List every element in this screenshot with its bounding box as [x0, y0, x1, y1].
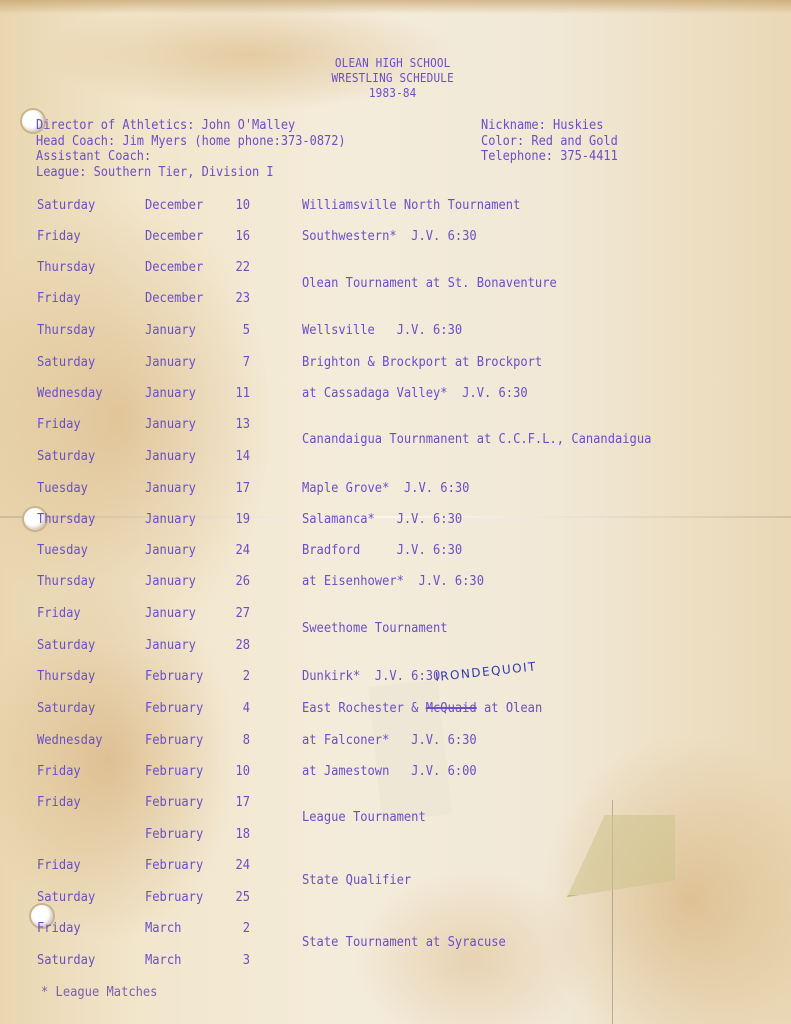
schedule-day: Friday [37, 417, 81, 433]
head-coach-line: Head Coach: Jim Myers (home phone:373-08… [36, 134, 346, 150]
schedule-event: State Tournament at Syracuse [302, 935, 506, 951]
document-title: OLEAN HIGH SCHOOL WRESTLING SCHEDULE 198… [45, 55, 741, 100]
schedule-event: Sweethome Tournament [302, 621, 448, 637]
schedule-day: Saturday [37, 638, 95, 654]
schedule-day: Tuesday [37, 481, 88, 497]
schedule-event: Canandaigua Tournmanent at C.C.F.L., Can… [302, 432, 651, 448]
schedule-date: 25 [217, 890, 250, 906]
schedule-month: February [145, 733, 203, 749]
schedule-month: February [145, 827, 203, 843]
schedule-month: March [145, 921, 181, 937]
schedule-day: Tuesday [37, 543, 88, 559]
schedule-day: Thursday [37, 260, 95, 276]
schedule-month: December [145, 198, 203, 214]
color-line: Color: Red and Gold [481, 134, 618, 150]
schedule-event: Olean Tournament at St. Bonaventure [302, 276, 557, 292]
schedule-day: Saturday [37, 701, 95, 717]
schedule-event: State Qualifier [302, 873, 411, 889]
schedule-event: East Rochester & McQuaid at Olean [302, 701, 542, 717]
schedule-month: February [145, 795, 203, 811]
schedule-event: Southwestern* J.V. 6:30 [302, 229, 477, 245]
telephone-line: Telephone: 375-4411 [481, 149, 618, 165]
schedule-date: 28 [217, 638, 250, 654]
schedule-month: January [145, 449, 196, 465]
struck-opponent-name: McQuaid [426, 701, 477, 716]
schedule-date: 10 [217, 198, 250, 214]
schedule-day: Thursday [37, 574, 95, 590]
schedule-date: 7 [217, 355, 250, 371]
schedule-date: 24 [217, 858, 250, 874]
schedule-event: Dunkirk* J.V. 6:30 [302, 669, 440, 685]
schedule-date: 16 [217, 229, 250, 245]
schedule-month: January [145, 323, 196, 339]
schedule-month: December [145, 229, 203, 245]
schedule-event: League Tournament [302, 810, 426, 826]
schedule-event: Bradford J.V. 6:30 [302, 543, 462, 559]
staff-info: Director of Athletics: John O'Malley Hea… [36, 118, 346, 180]
team-info: Nickname: Huskies Color: Red and Gold Te… [481, 118, 618, 165]
schedule-day: Saturday [37, 198, 95, 214]
assistant-coach-line: Assistant Coach: [36, 149, 346, 165]
schedule-day: Friday [37, 795, 81, 811]
nickname-line: Nickname: Huskies [481, 118, 618, 134]
schedule-month: February [145, 858, 203, 874]
schedule-event: Williamsville North Tournament [302, 198, 520, 214]
schedule-month: February [145, 701, 203, 717]
schedule-month: January [145, 481, 196, 497]
schedule-event: at Falconer* J.V. 6:30 [302, 733, 477, 749]
schedule-day: Wednesday [37, 386, 103, 402]
schedule-month: January [145, 512, 196, 528]
schedule-day: Friday [37, 764, 81, 780]
schedule-month: February [145, 764, 203, 780]
schedule-day: Friday [37, 229, 81, 245]
schedule-event: Maple Grove* J.V. 6:30 [302, 481, 469, 497]
season-year: 1983-84 [45, 85, 741, 100]
schedule-event: Brighton & Brockport at Brockport [302, 355, 542, 371]
schedule-date: 2 [217, 669, 250, 685]
schedule-month: February [145, 669, 203, 685]
schedule-date: 8 [217, 733, 250, 749]
schedule-date: 26 [217, 574, 250, 590]
schedule-month: January [145, 386, 196, 402]
schedule-event: at Cassadaga Valley* J.V. 6:30 [302, 386, 528, 402]
schedule-day: Thursday [37, 323, 95, 339]
schedule-event: at Jamestown J.V. 6:00 [302, 764, 477, 780]
schedule-date: 27 [217, 606, 250, 622]
top-edge-stain [0, 0, 791, 14]
schedule-date: 4 [217, 701, 250, 717]
schedule-month: January [145, 543, 196, 559]
schedule-event: at Eisenhower* J.V. 6:30 [302, 574, 484, 590]
school-name: OLEAN HIGH SCHOOL [45, 55, 741, 70]
schedule-day: Saturday [37, 355, 95, 371]
schedule-day: Wednesday [37, 733, 103, 749]
schedule-day: Saturday [37, 953, 95, 969]
schedule-day: Thursday [37, 669, 95, 685]
schedule-day: Saturday [37, 890, 95, 906]
event-text: East Rochester & [302, 701, 426, 716]
schedule-date: 17 [217, 795, 250, 811]
schedule-month: December [145, 291, 203, 307]
schedule-month: January [145, 606, 196, 622]
league-line: League: Southern Tier, Division I [36, 165, 346, 181]
schedule-date: 2 [217, 921, 250, 937]
schedule-day: Saturday [37, 449, 95, 465]
schedule-date: 11 [217, 386, 250, 402]
schedule-day: Friday [37, 606, 81, 622]
schedule-date: 22 [217, 260, 250, 276]
schedule-day: Thursday [37, 512, 95, 528]
schedule-date: 23 [217, 291, 250, 307]
schedule-date: 19 [217, 512, 250, 528]
schedule-month: March [145, 953, 181, 969]
handwritten-correction: IRONDEQUOIT [435, 659, 538, 684]
scanned-document-page: OLEAN HIGH SCHOOL WRESTLING SCHEDULE 198… [0, 0, 791, 1024]
schedule-month: January [145, 574, 196, 590]
schedule-date: 10 [217, 764, 250, 780]
schedule-date: 17 [217, 481, 250, 497]
schedule-day: Friday [37, 858, 81, 874]
schedule-month: January [145, 417, 196, 433]
event-text: at Olean [477, 701, 543, 716]
schedule-month: January [145, 355, 196, 371]
footnote-league-matches: * League Matches [41, 985, 157, 1001]
schedule-date: 13 [217, 417, 250, 433]
tape-piece-right [567, 815, 675, 897]
schedule-date: 24 [217, 543, 250, 559]
schedule-month: January [145, 638, 196, 654]
athletic-director-line: Director of Athletics: John O'Malley [36, 118, 346, 134]
schedule-date: 14 [217, 449, 250, 465]
schedule-date: 18 [217, 827, 250, 843]
schedule-day: Friday [37, 921, 81, 937]
schedule-date: 3 [217, 953, 250, 969]
schedule-title: WRESTLING SCHEDULE [45, 70, 741, 85]
schedule-day: Friday [37, 291, 81, 307]
schedule-month: December [145, 260, 203, 276]
schedule-date: 5 [217, 323, 250, 339]
schedule-month: February [145, 890, 203, 906]
schedule-event: Salamanca* J.V. 6:30 [302, 512, 462, 528]
schedule-event: Wellsville J.V. 6:30 [302, 323, 462, 339]
